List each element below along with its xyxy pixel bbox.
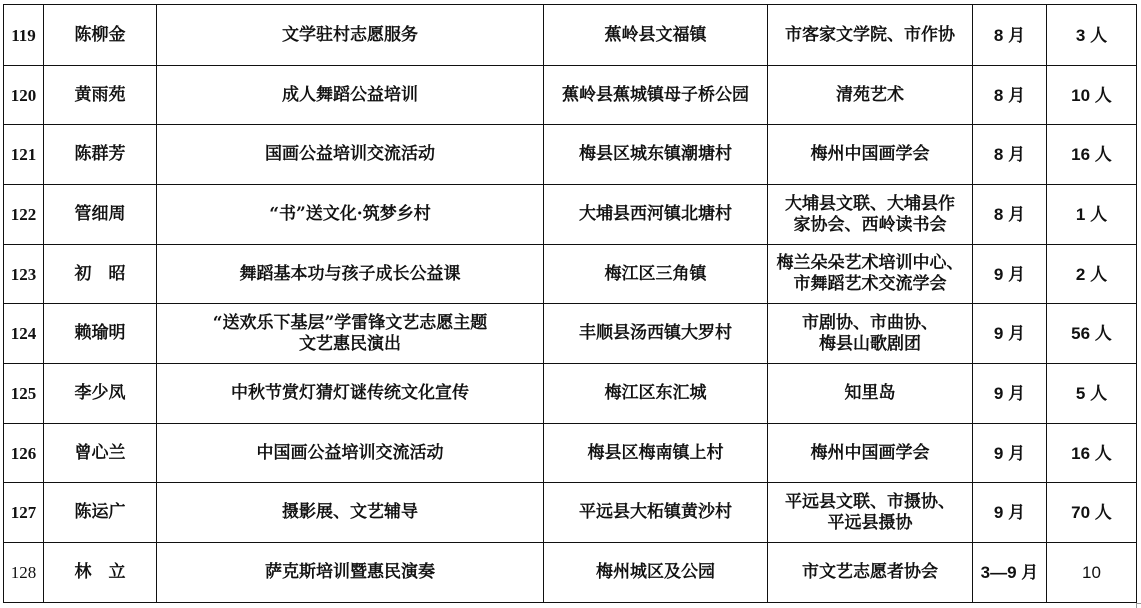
activity-line: 萨克斯培训暨惠民演奏 xyxy=(157,562,543,583)
location-cell: 蕉岭县蕉城镇母子桥公园 xyxy=(544,66,768,125)
row-number-cell: 120 xyxy=(4,66,44,125)
organizer-line: 知里岛 xyxy=(768,383,972,404)
activity-line: 文学驻村志愿服务 xyxy=(157,25,543,46)
volunteer-activity-table: 119陈柳金文学驻村志愿服务蕉岭县文福镇市客家文学院、市作协8 月3 人120黄… xyxy=(3,4,1137,603)
activity-cell: 中秋节赏灯猜灯谜传统文化宣传 xyxy=(157,364,544,424)
organizer-cell: 梅兰朵朵艺术培训中心、市舞蹈艺术交流学会 xyxy=(768,245,973,304)
row-number-cell: 126 xyxy=(4,424,44,483)
activity-line: “书”送文化·筑梦乡村 xyxy=(157,204,543,225)
name-cell: 黄雨苑 xyxy=(44,66,157,125)
page-corner-mark xyxy=(1136,603,1141,608)
activity-line: 国画公益培训交流活动 xyxy=(157,144,543,165)
month-cell: 3—9 月 xyxy=(973,543,1047,603)
name-cell: 陈运广 xyxy=(44,483,157,543)
location-cell: 丰顺县汤西镇大罗村 xyxy=(544,304,768,364)
activity-line: “送欢乐下基层”学雷锋文艺志愿主题 xyxy=(157,313,543,334)
activity-cell: 中国画公益培训交流活动 xyxy=(157,424,544,483)
organizer-cell: 大埔县文联、大埔县作家协会、西岭读书会 xyxy=(768,185,973,245)
location-cell: 梅县区城东镇潮塘村 xyxy=(544,125,768,185)
table-row: 126曾心兰中国画公益培训交流活动梅县区梅南镇上村梅州中国画学会9 月16 人 xyxy=(4,424,1137,483)
name-cell: 陈柳金 xyxy=(44,5,157,66)
name-cell: 李少凤 xyxy=(44,364,157,424)
organizer-line: 清苑艺术 xyxy=(768,85,972,106)
activity-cell: 摄影展、文艺辅导 xyxy=(157,483,544,543)
table-row: 121陈群芳国画公益培训交流活动梅县区城东镇潮塘村梅州中国画学会8 月16 人 xyxy=(4,125,1137,185)
activity-cell: “送欢乐下基层”学雷锋文艺志愿主题文艺惠民演出 xyxy=(157,304,544,364)
name-cell: 曾心兰 xyxy=(44,424,157,483)
location-cell: 梅江区东汇城 xyxy=(544,364,768,424)
row-number-cell: 123 xyxy=(4,245,44,304)
activity-cell: 文学驻村志愿服务 xyxy=(157,5,544,66)
count-cell: 1 人 xyxy=(1047,185,1137,245)
month-cell: 9 月 xyxy=(973,245,1047,304)
month-cell: 9 月 xyxy=(973,304,1047,364)
activity-cell: 萨克斯培训暨惠民演奏 xyxy=(157,543,544,603)
month-cell: 9 月 xyxy=(973,483,1047,543)
month-cell: 8 月 xyxy=(973,66,1047,125)
location-cell: 梅江区三角镇 xyxy=(544,245,768,304)
organizer-cell: 清苑艺术 xyxy=(768,66,973,125)
location-cell: 梅县区梅南镇上村 xyxy=(544,424,768,483)
month-cell: 8 月 xyxy=(973,5,1047,66)
activity-cell: 国画公益培训交流活动 xyxy=(157,125,544,185)
count-cell: 16 人 xyxy=(1047,125,1137,185)
organizer-cell: 梅州中国画学会 xyxy=(768,424,973,483)
table-row: 123初 昭舞蹈基本功与孩子成长公益课梅江区三角镇梅兰朵朵艺术培训中心、市舞蹈艺… xyxy=(4,245,1137,304)
row-number-cell: 121 xyxy=(4,125,44,185)
count-cell: 56 人 xyxy=(1047,304,1137,364)
activity-cell: 成人舞蹈公益培训 xyxy=(157,66,544,125)
name-cell: 初 昭 xyxy=(44,245,157,304)
row-number-cell: 128 xyxy=(4,543,44,603)
count-cell: 2 人 xyxy=(1047,245,1137,304)
month-cell: 9 月 xyxy=(973,424,1047,483)
count-cell: 10 xyxy=(1047,543,1137,603)
location-cell: 梅州城区及公园 xyxy=(544,543,768,603)
count-cell: 70 人 xyxy=(1047,483,1137,543)
name-cell: 赖瑜明 xyxy=(44,304,157,364)
organizer-line: 市文艺志愿者协会 xyxy=(768,562,972,583)
table-row: 120黄雨苑成人舞蹈公益培训蕉岭县蕉城镇母子桥公园清苑艺术8 月10 人 xyxy=(4,66,1137,125)
table-row: 128林 立萨克斯培训暨惠民演奏梅州城区及公园市文艺志愿者协会3—9 月10 xyxy=(4,543,1137,603)
row-number-cell: 127 xyxy=(4,483,44,543)
activity-line: 成人舞蹈公益培训 xyxy=(157,85,543,106)
row-number-cell: 125 xyxy=(4,364,44,424)
name-cell: 林 立 xyxy=(44,543,157,603)
organizer-line: 平远县摄协 xyxy=(768,513,972,534)
row-number-cell: 119 xyxy=(4,5,44,66)
activity-line: 文艺惠民演出 xyxy=(157,334,543,355)
organizer-cell: 市文艺志愿者协会 xyxy=(768,543,973,603)
table-row: 127陈运广摄影展、文艺辅导平远县大柘镇黄沙村平远县文联、市摄协、平远县摄协9 … xyxy=(4,483,1137,543)
activity-cell: 舞蹈基本功与孩子成长公益课 xyxy=(157,245,544,304)
name-cell: 陈群芳 xyxy=(44,125,157,185)
organizer-line: 梅兰朵朵艺术培训中心、 xyxy=(768,253,972,274)
table-row: 125李少凤中秋节赏灯猜灯谜传统文化宣传梅江区东汇城知里岛9 月5 人 xyxy=(4,364,1137,424)
month-cell: 8 月 xyxy=(973,125,1047,185)
count-cell: 10 人 xyxy=(1047,66,1137,125)
activity-line: 中秋节赏灯猜灯谜传统文化宣传 xyxy=(157,383,543,404)
row-number-cell: 122 xyxy=(4,185,44,245)
month-cell: 8 月 xyxy=(973,185,1047,245)
organizer-line: 家协会、西岭读书会 xyxy=(768,215,972,236)
activity-line: 摄影展、文艺辅导 xyxy=(157,502,543,523)
count-cell: 16 人 xyxy=(1047,424,1137,483)
table-row: 124赖瑜明“送欢乐下基层”学雷锋文艺志愿主题文艺惠民演出丰顺县汤西镇大罗村市剧… xyxy=(4,304,1137,364)
row-number-cell: 124 xyxy=(4,304,44,364)
organizer-line: 市剧协、市曲协、 xyxy=(768,313,972,334)
organizer-line: 平远县文联、市摄协、 xyxy=(768,492,972,513)
organizer-line: 梅县山歌剧团 xyxy=(768,334,972,355)
table-row: 119陈柳金文学驻村志愿服务蕉岭县文福镇市客家文学院、市作协8 月3 人 xyxy=(4,5,1137,66)
table-body: 119陈柳金文学驻村志愿服务蕉岭县文福镇市客家文学院、市作协8 月3 人120黄… xyxy=(4,5,1137,603)
organizer-line: 梅州中国画学会 xyxy=(768,443,972,464)
count-cell: 5 人 xyxy=(1047,364,1137,424)
activity-line: 中国画公益培训交流活动 xyxy=(157,443,543,464)
organizer-line: 市客家文学院、市作协 xyxy=(768,25,972,46)
organizer-cell: 市客家文学院、市作协 xyxy=(768,5,973,66)
organizer-cell: 市剧协、市曲协、梅县山歌剧团 xyxy=(768,304,973,364)
month-cell: 9 月 xyxy=(973,364,1047,424)
count-cell: 3 人 xyxy=(1047,5,1137,66)
name-cell: 管细周 xyxy=(44,185,157,245)
activity-cell: “书”送文化·筑梦乡村 xyxy=(157,185,544,245)
organizer-line: 市舞蹈艺术交流学会 xyxy=(768,274,972,295)
organizer-cell: 梅州中国画学会 xyxy=(768,125,973,185)
organizer-line: 梅州中国画学会 xyxy=(768,144,972,165)
organizer-cell: 平远县文联、市摄协、平远县摄协 xyxy=(768,483,973,543)
organizer-line: 大埔县文联、大埔县作 xyxy=(768,194,972,215)
activity-line: 舞蹈基本功与孩子成长公益课 xyxy=(157,264,543,285)
location-cell: 平远县大柘镇黄沙村 xyxy=(544,483,768,543)
location-cell: 大埔县西河镇北塘村 xyxy=(544,185,768,245)
table-row: 122管细周“书”送文化·筑梦乡村大埔县西河镇北塘村大埔县文联、大埔县作家协会、… xyxy=(4,185,1137,245)
location-cell: 蕉岭县文福镇 xyxy=(544,5,768,66)
organizer-cell: 知里岛 xyxy=(768,364,973,424)
